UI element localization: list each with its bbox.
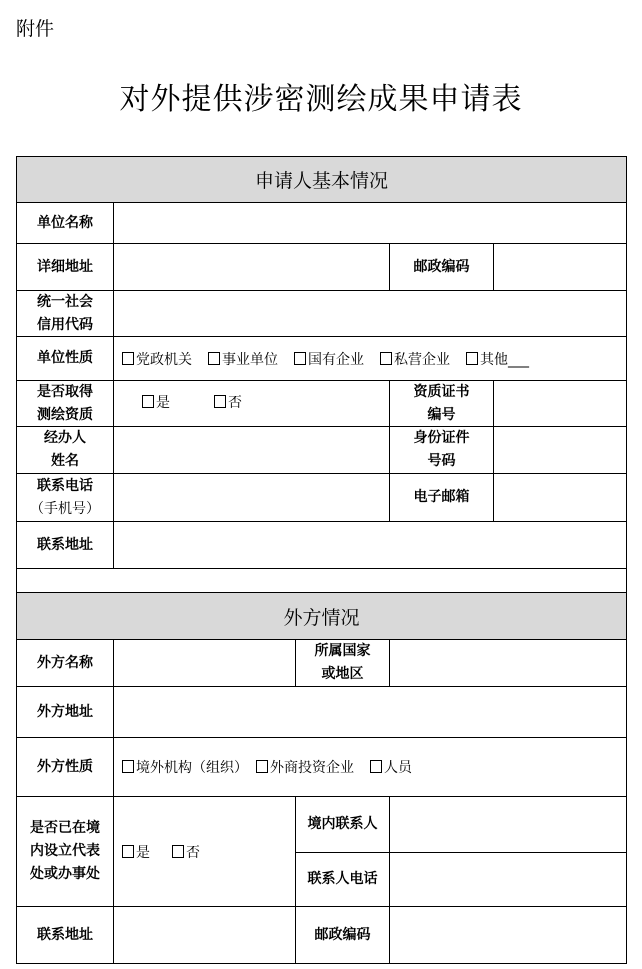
checkbox-option-individual[interactable]: 人员 (370, 757, 412, 777)
checkbox-option-state-owned[interactable]: 国有企业 (294, 349, 364, 369)
checkbox-option-public-institution[interactable]: 事业单位 (208, 349, 278, 369)
option-label: 事业单位 (222, 352, 278, 368)
cert-no-label: 资质证书 编号 (389, 380, 494, 427)
option-label: 否 (228, 395, 242, 411)
country-label-line2: 或地区 (322, 663, 364, 686)
cert-no-field[interactable] (493, 380, 627, 427)
id-no-label-line2: 号码 (428, 450, 456, 473)
address-field[interactable] (113, 243, 390, 291)
postcode-field[interactable] (493, 243, 627, 291)
checkbox-icon[interactable] (380, 352, 392, 365)
checkbox-option-yes[interactable]: 是 (122, 842, 150, 862)
office-label-line1: 是否已在境 (30, 817, 100, 840)
qualification-label: 是否取得 测绘资质 (16, 380, 114, 427)
office-label-line2: 内设立代表 (30, 840, 100, 863)
handler-label-line1: 经办人 (44, 427, 86, 450)
foreign-address-field[interactable] (113, 686, 627, 738)
contact-phone-label: 联系人电话 (295, 852, 390, 907)
foreign-nature-label: 外方性质 (16, 737, 114, 797)
domestic-contact-field[interactable] (389, 796, 627, 853)
checkbox-icon[interactable] (294, 352, 306, 365)
checkbox-option-foreign-invested[interactable]: 外商投资企业 (256, 757, 354, 777)
phone-field[interactable] (113, 473, 390, 522)
checkbox-icon[interactable] (172, 845, 184, 858)
office-label-line3: 处或办事处 (30, 863, 100, 886)
checkbox-icon[interactable] (256, 760, 268, 773)
contact-address-field[interactable] (113, 521, 627, 569)
foreign-name-label: 外方名称 (16, 639, 114, 687)
page-title: 对外提供涉密测绘成果申请表 (0, 74, 642, 118)
qualification-label-line2: 测绘资质 (37, 404, 93, 427)
checkbox-icon[interactable] (122, 845, 134, 858)
handler-name-field[interactable] (113, 426, 390, 474)
cert-no-label-line2: 编号 (428, 404, 456, 427)
checkbox-icon[interactable] (122, 352, 134, 365)
unit-nature-options: 党政机关 事业单位 国有企业 私营企业 其他___ (113, 336, 627, 381)
address-label: 详细地址 (16, 243, 114, 291)
credit-code-label: 统一社会 信用代码 (16, 290, 114, 337)
foreign-contact-address-field[interactable] (113, 906, 296, 964)
unit-nature-label: 单位性质 (16, 336, 114, 381)
email-field[interactable] (493, 473, 627, 522)
id-no-label: 身份证件 号码 (389, 426, 494, 474)
option-label: 国有企业 (308, 352, 364, 368)
attachment-label: 附件 (16, 14, 54, 41)
option-label: 私营企业 (394, 352, 450, 368)
foreign-postcode-field[interactable] (389, 906, 627, 964)
domestic-contact-label: 境内联系人 (295, 796, 390, 853)
foreign-nature-options: 境外机构（组织） 外商投资企业 人员 (113, 737, 627, 797)
phone-label-line2: （手机号） (30, 498, 100, 521)
credit-code-field[interactable] (113, 290, 627, 337)
checkbox-icon[interactable] (142, 395, 154, 408)
credit-code-label-line1: 统一社会 (37, 291, 93, 314)
checkbox-option-no[interactable]: 否 (214, 392, 242, 412)
option-label: 外商投资企业 (270, 760, 354, 776)
country-label: 所属国家 或地区 (295, 639, 390, 687)
qualification-label-line1: 是否取得 (37, 381, 93, 404)
qualification-options: 是 否 (113, 380, 390, 427)
checkbox-option-other[interactable]: 其他___ (466, 349, 529, 369)
checkbox-icon[interactable] (466, 352, 478, 365)
foreign-name-field[interactable] (113, 639, 296, 687)
foreign-postcode-label: 邮政编码 (295, 906, 390, 964)
spacer-row (16, 568, 627, 593)
id-no-label-line1: 身份证件 (414, 427, 470, 450)
id-no-field[interactable] (493, 426, 627, 474)
contact-address-label: 联系地址 (16, 521, 114, 569)
unit-name-label: 单位名称 (16, 202, 114, 244)
option-label: 是 (136, 845, 150, 861)
checkbox-icon[interactable] (370, 760, 382, 773)
option-label: 境外机构（组织） (136, 760, 248, 776)
foreign-contact-address-label: 联系地址 (16, 906, 114, 964)
checkbox-option-foreign-org[interactable]: 境外机构（组织） (122, 757, 248, 777)
option-label: 人员 (384, 760, 412, 776)
option-label: 是 (156, 395, 170, 411)
checkbox-icon[interactable] (122, 760, 134, 773)
option-label: 党政机关 (136, 352, 192, 368)
phone-label-line1: 联系电话 (37, 475, 93, 498)
country-field[interactable] (389, 639, 627, 687)
phone-label: 联系电话 （手机号） (16, 473, 114, 522)
foreign-address-label: 外方地址 (16, 686, 114, 738)
section-header-applicant: 申请人基本情况 (16, 156, 627, 203)
credit-code-label-line2: 信用代码 (37, 314, 93, 337)
checkbox-option-private[interactable]: 私营企业 (380, 349, 450, 369)
checkbox-icon[interactable] (214, 395, 226, 408)
option-label: 其他___ (480, 352, 529, 368)
country-label-line1: 所属国家 (315, 640, 371, 663)
unit-name-field[interactable] (113, 202, 627, 244)
office-established-label: 是否已在境 内设立代表 处或办事处 (16, 796, 114, 907)
email-label: 电子邮箱 (389, 473, 494, 522)
checkbox-icon[interactable] (208, 352, 220, 365)
postcode-label: 邮政编码 (389, 243, 494, 291)
contact-phone-field[interactable] (389, 852, 627, 907)
option-label: 否 (186, 845, 200, 861)
checkbox-option-no[interactable]: 否 (172, 842, 200, 862)
checkbox-option-party-gov[interactable]: 党政机关 (122, 349, 192, 369)
cert-no-label-line1: 资质证书 (414, 381, 470, 404)
handler-name-label: 经办人 姓名 (16, 426, 114, 474)
office-established-options: 是 否 (113, 796, 296, 907)
handler-label-line2: 姓名 (51, 450, 79, 473)
checkbox-option-yes[interactable]: 是 (142, 392, 170, 412)
section-header-foreign: 外方情况 (16, 592, 627, 640)
